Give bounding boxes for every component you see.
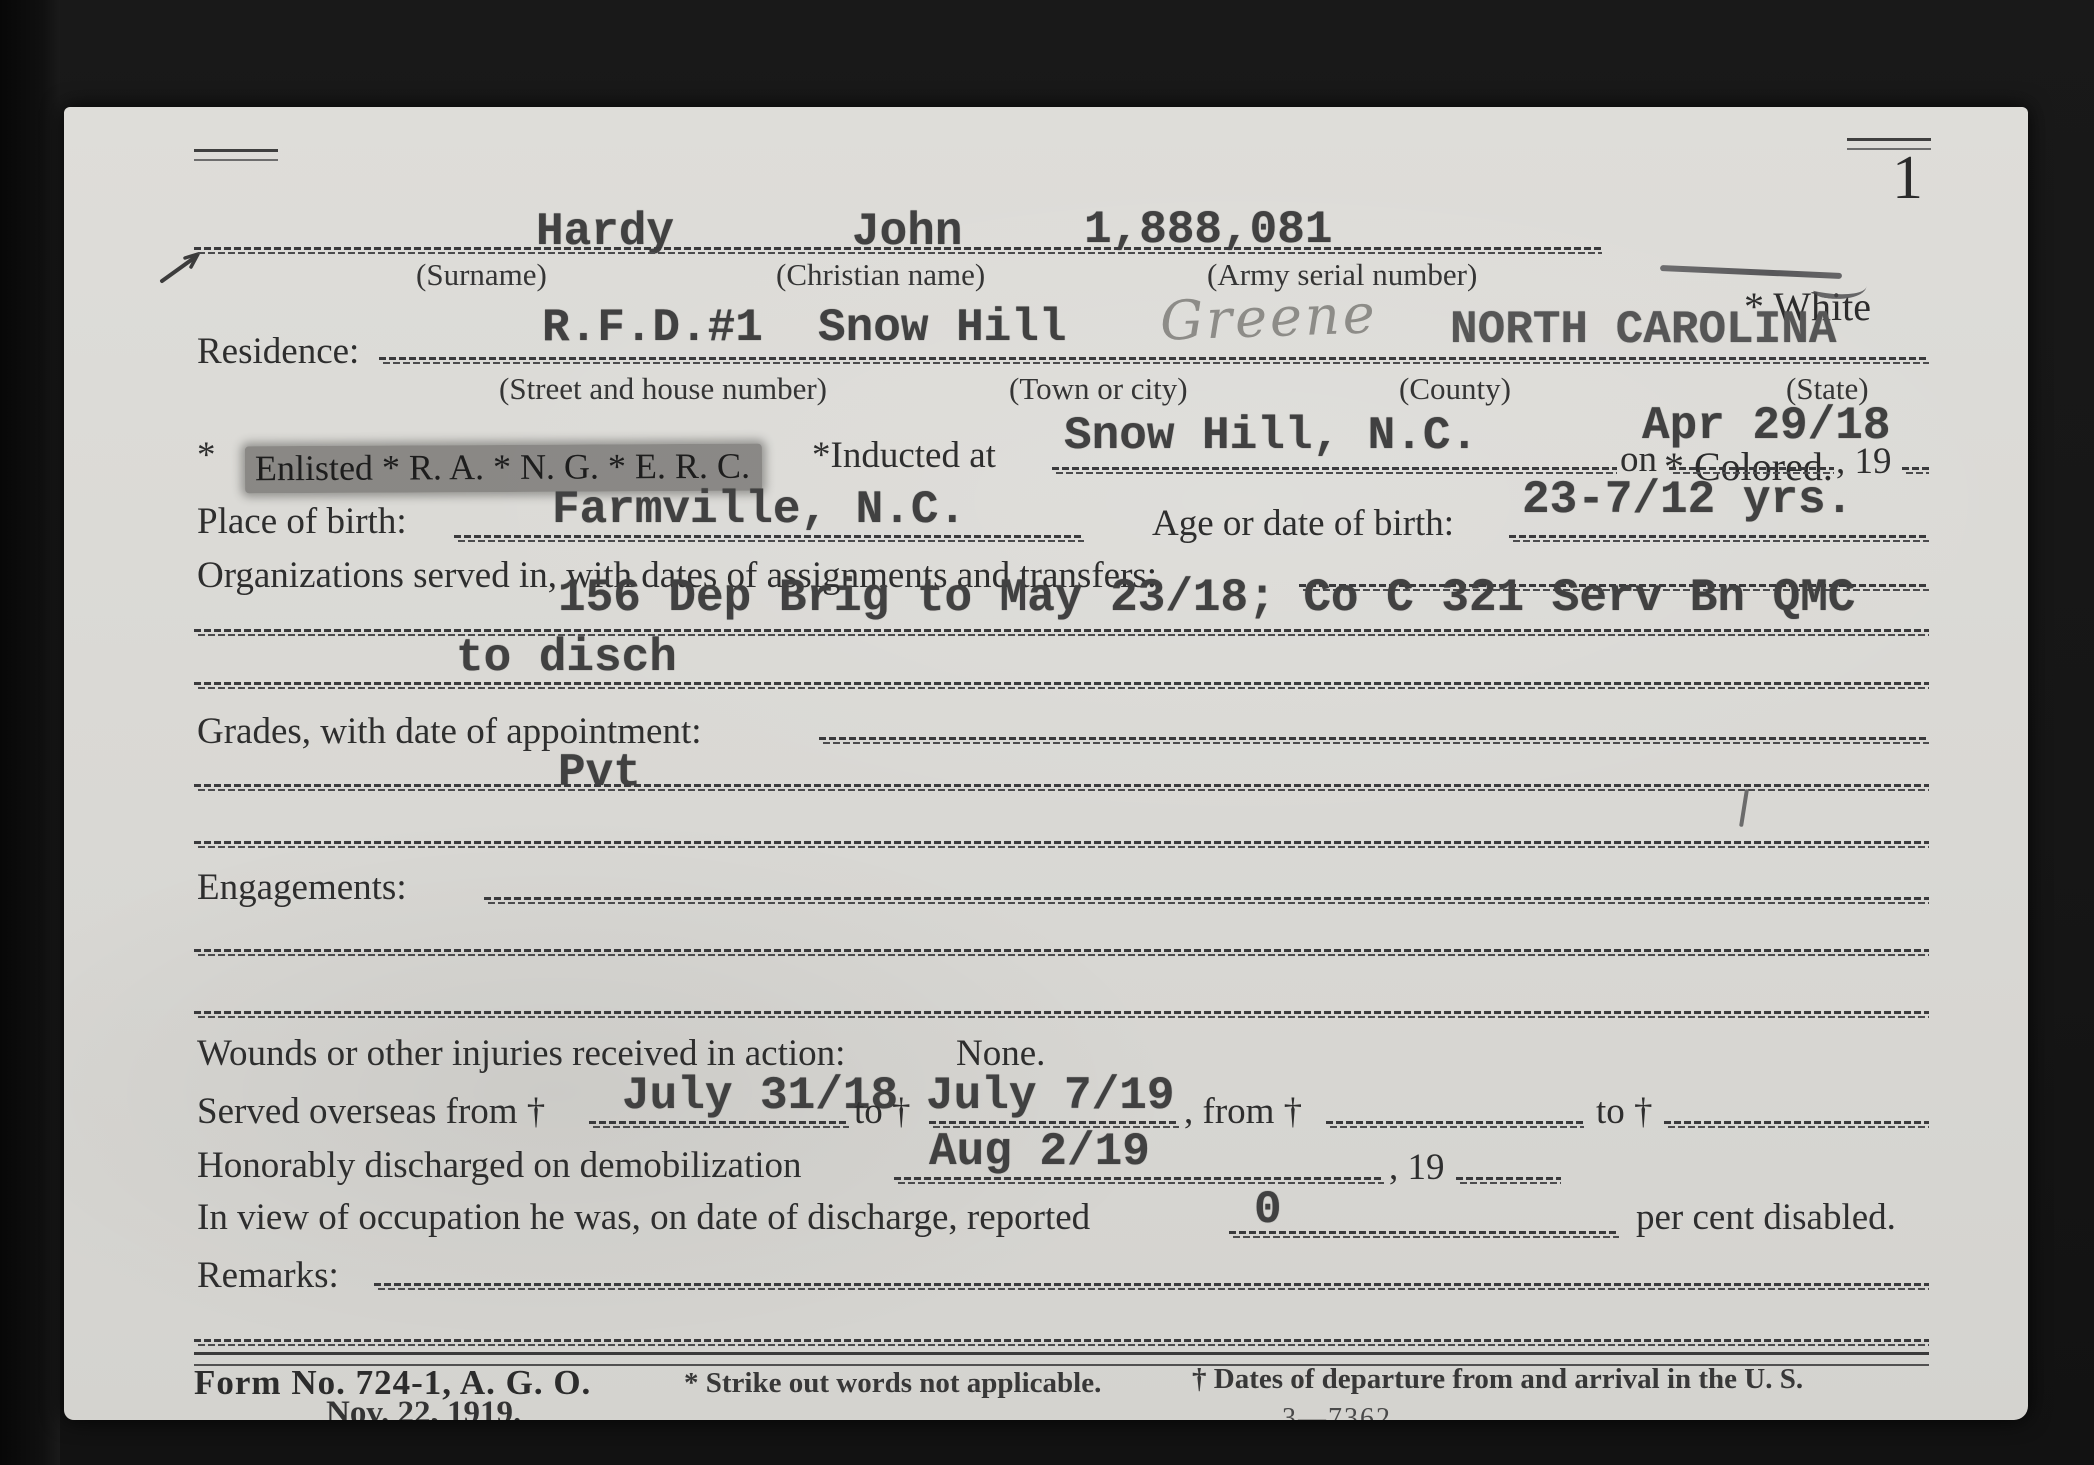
place-of-birth-value: Farmville, N.C. [552,487,966,533]
dotted-line [194,1011,1929,1018]
form-724-1-card: 1 Hardy John 1,888,081 * White * Colored… [64,107,2028,1420]
dotted-line [1902,467,1929,474]
dotted-line [819,737,1929,744]
page-number: 1 [1892,147,1923,209]
discharge-date-value: Aug 2/19 [929,1129,1150,1175]
dotted-line [194,841,1929,848]
dotted-line [589,1121,849,1128]
disability-label-after: per cent disabled. [1636,1199,1896,1236]
disability-value: 0 [1254,1187,1282,1233]
discharge-label: Honorably discharged on demobilization [197,1147,802,1184]
dotted-line [1052,467,1617,474]
street-caption: (Street and house number) [499,373,827,404]
grades-label: Grades, with date of appointment: [197,713,702,750]
scan-black-border [0,0,60,1465]
print-code: 3—7362 [1282,1405,1392,1420]
dotted-line [1456,1177,1561,1184]
county-caption: (County) [1399,373,1511,404]
dotted-line [1669,467,1834,474]
residence-state-value: NORTH CAROLINA [1450,307,1836,353]
dotted-line [1326,1121,1584,1128]
dotted-line [484,897,1929,904]
inducted-at-label: *Inducted at [812,437,996,474]
dotted-line [1509,535,1929,542]
disability-label-before: In view of occupation he was, on date of… [197,1199,1090,1236]
overseas-to-label-2: to † [1596,1093,1653,1130]
dotted-line [1229,1231,1619,1238]
dotted-line [194,1339,1929,1346]
dotted-line [194,247,1602,254]
induction-place-value: Snow Hill, N.C. [1064,413,1478,459]
scanned-service-card: 1 Hardy John 1,888,081 * White * Colored… [0,0,2094,1465]
wounds-label: Wounds or other injuries received in act… [197,1035,845,1072]
residence-label: Residence: [197,333,359,370]
dagger-note: † Dates of departure from and arrival in… [1192,1365,1803,1394]
dotted-line [374,1283,1929,1290]
top-left-dash-mark [194,149,278,161]
dotted-line [194,784,1929,791]
dotted-line [194,682,1929,689]
overseas-to-label-1: to † [854,1093,911,1130]
place-of-birth-label: Place of birth: [197,503,407,540]
organizations-entry-line1: 156 Dep Brig to May 23/18; Co C 321 Serv… [558,575,1855,621]
dotted-line [194,629,1929,636]
overseas-from-label-2: , from † [1184,1093,1302,1130]
strike-out-note: * Strike out words not applicable. [684,1369,1101,1398]
age-label: Age or date of birth: [1152,505,1454,542]
residence-street-town-value: R.F.D.#1 Snow Hill [542,305,1067,351]
town-caption: (Town or city) [1009,373,1188,404]
dotted-line [894,1177,1384,1184]
engagements-label: Engagements: [197,869,407,906]
dotted-line [1664,1121,1929,1128]
age-value: 23-7/12 yrs. [1522,477,1853,523]
remarks-label: Remarks: [197,1257,339,1294]
overseas-label: Served overseas from † [197,1093,545,1130]
residence-county-handwritten: Greene [1159,287,1378,349]
form-date: Nov. 22, 1919. [326,1397,521,1420]
organizations-entry-line2: to disch [456,635,677,681]
surname-caption: (Surname) [416,259,547,290]
strike-options-asterisk: * [197,437,216,474]
dotted-line [379,357,1929,364]
christian-name-caption: (Christian name) [776,259,985,290]
discharge-year-label: , 19 [1389,1149,1445,1186]
dotted-line [194,949,1929,956]
stray-pen-mark [1739,789,1749,827]
dotted-line [454,535,1084,542]
wounds-entry: None. [956,1035,1045,1072]
overseas-to-date-1: July 7/19 [926,1073,1174,1119]
